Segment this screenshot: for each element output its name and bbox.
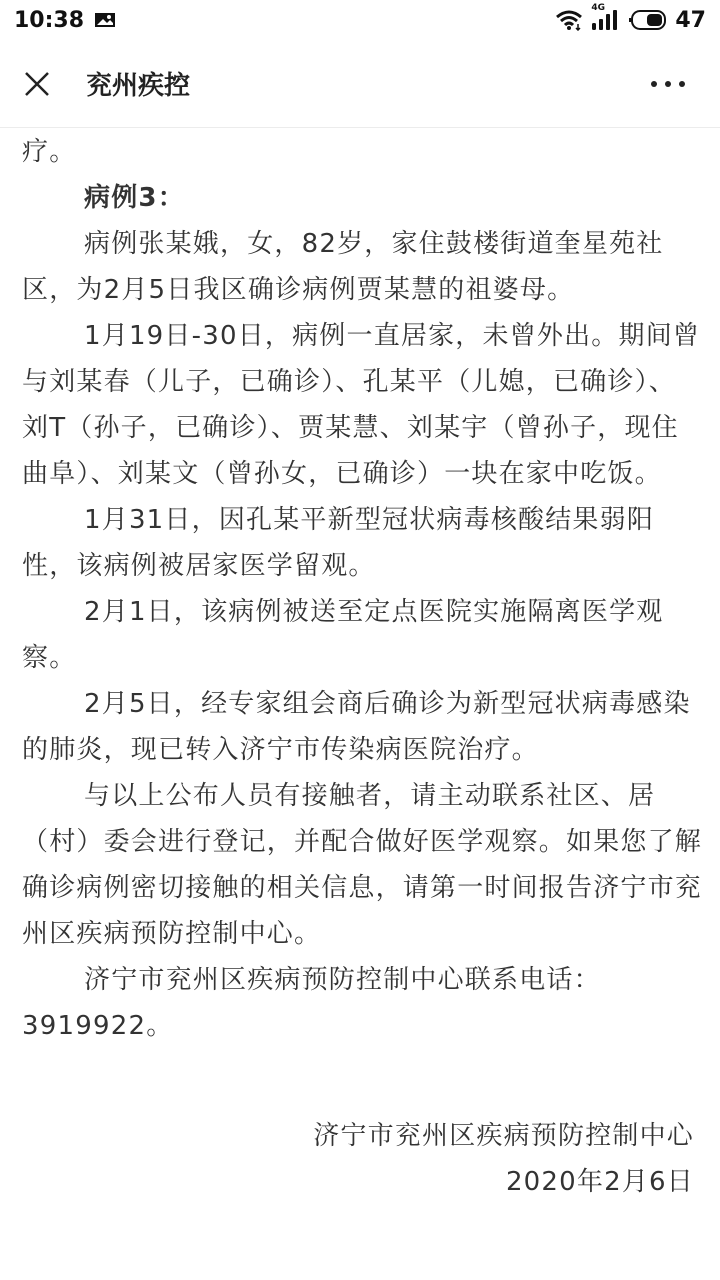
more-dot (651, 81, 657, 87)
status-bar: 10:38 4G (0, 0, 720, 40)
page-title: 兖州疾控 (86, 65, 190, 102)
case-heading: 病例3： (22, 175, 702, 221)
article-paragraph: 与以上公布人员有接触者，请主动联系社区、居（村）委会进行登记，并配合做好医学观察… (22, 773, 702, 957)
article-paragraph: 1月31日，因孔某平新型冠状病毒核酸结果弱阳性，该病例被居家医学留观。 (22, 497, 702, 589)
close-button[interactable] (22, 69, 52, 99)
article-paragraph: 2月5日，经专家组会商后确诊为新型冠状病毒感染的肺炎，现已转入济宁市传染病医院治… (22, 681, 702, 773)
status-left: 10:38 (14, 8, 116, 33)
article-paragraph: 2月1日，该病例被送至定点医院实施隔离医学观察。 (22, 589, 702, 681)
battery-level: 47 (675, 8, 706, 33)
signature-organization: 济宁市兖州区疾病预防控制中心 (22, 1113, 702, 1159)
status-right: 4G 47 (555, 8, 706, 33)
signature-date: 2020年2月6日 (22, 1159, 702, 1205)
close-icon (24, 71, 50, 97)
signal-bars-icon: 4G (591, 9, 619, 31)
more-dot (665, 81, 671, 87)
article-content: 疗。 病例3： 病例张某娥，女，82岁，家住鼓楼街道奎星苑社区，为2月5日我区确… (22, 129, 702, 1205)
more-dot (679, 81, 685, 87)
battery-icon (627, 9, 667, 31)
article-paragraph: 疗。 (22, 129, 702, 175)
image-notification-icon (94, 11, 116, 29)
article-paragraph: 1月19日-30日，病例一直居家，未曾外出。期间曾与刘某春（儿子，已确诊）、孔某… (22, 313, 702, 497)
wifi-icon (555, 9, 583, 31)
nav-bar: 兖州疾控 (0, 40, 720, 128)
more-button[interactable] (648, 69, 688, 99)
spacer (22, 1049, 702, 1095)
network-type-label: 4G (591, 3, 605, 13)
article-paragraph: 病例张某娥，女，82岁，家住鼓楼街道奎星苑社区，为2月5日我区确诊病例贾某慧的祖… (22, 221, 702, 313)
status-time: 10:38 (14, 8, 84, 33)
contact-phone-paragraph: 济宁市兖州区疾病预防控制中心联系电话：3919922。 (22, 957, 702, 1049)
